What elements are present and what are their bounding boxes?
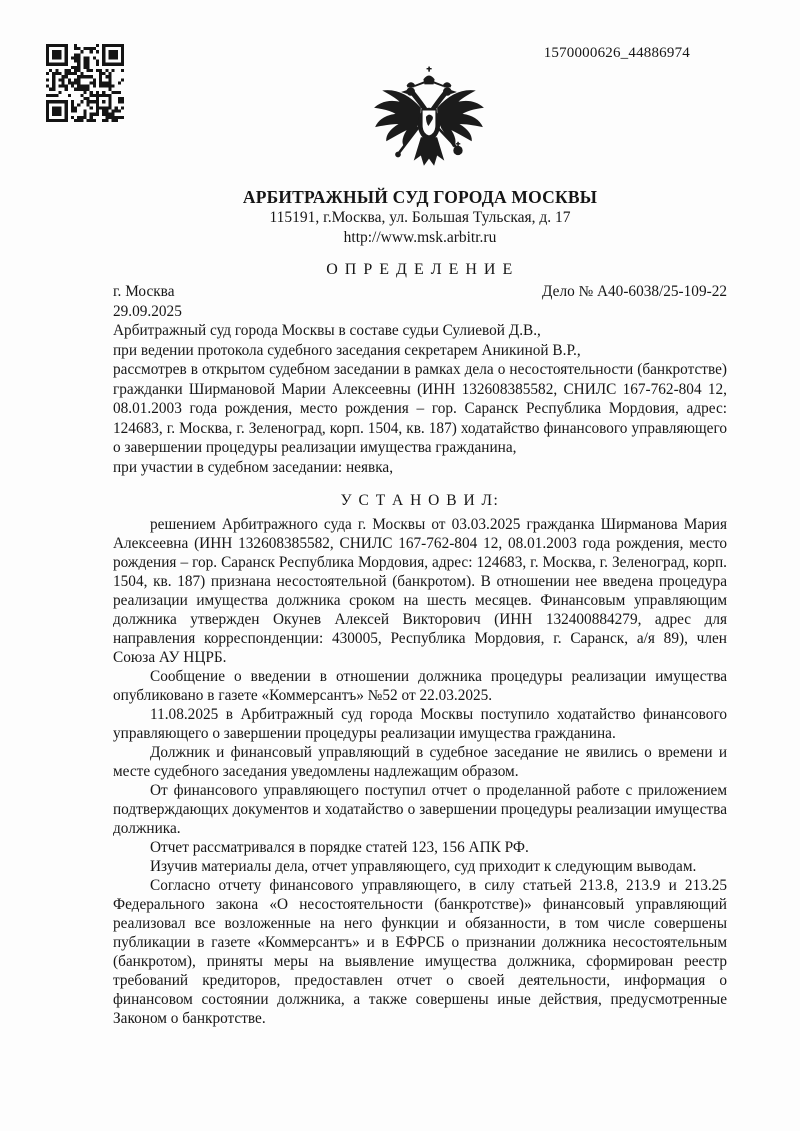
document-body: АРБИТРАЖНЫЙ СУД ГОРОДА МОСКВЫ 115191, г.…: [113, 186, 727, 1028]
court-name: АРБИТРАЖНЫЙ СУД ГОРОДА МОСКВЫ: [113, 186, 727, 208]
meta-row: г. Москва Дело № А40-6038/25-109-22: [113, 282, 727, 302]
body-paragraph: Изучив материалы дела, отчет управляющег…: [113, 857, 727, 876]
document-date: 29.09.2025: [113, 302, 727, 322]
body-paragraph: Сообщение о введении в отношении должник…: [113, 667, 727, 705]
body-paragraph: Должник и финансовый управляющий в судеб…: [113, 743, 727, 781]
court-determination-page: 1570000626_44886974: [0, 0, 800, 1131]
document-id: 1570000626_44886974: [544, 45, 690, 62]
secretary-line: при ведении протокола судебного заседани…: [113, 341, 727, 361]
attendance-line: при участии в судебном заседании: неявка…: [113, 458, 727, 478]
case-number: Дело № А40-6038/25-109-22: [542, 282, 727, 302]
judge-line: Арбитражный суд города Москвы в составе …: [113, 321, 727, 341]
body-paragraph: От финансового управляющего поступил отч…: [113, 781, 727, 838]
russia-coat-of-arms-icon: [368, 66, 490, 180]
qr-code-icon: [46, 44, 124, 122]
court-website: http://www.msk.arbitr.ru: [113, 228, 727, 248]
body-paragraph: 11.08.2025 в Арбитражный суд города Моск…: [113, 705, 727, 743]
body-paragraph: Согласно отчету финансового управляющего…: [113, 876, 727, 1028]
place-label: г. Москва: [113, 282, 174, 302]
case-description: рассмотрев в открытом судебном заседании…: [113, 360, 727, 458]
body-paragraph: решением Арбитражного суда г. Москвы от …: [113, 515, 727, 667]
body-paragraph: Отчет рассматривался в порядке статей 12…: [113, 838, 727, 857]
document-title: О П Р Е Д Е Л Е Н И Е: [113, 260, 727, 279]
established-heading: У С Т А Н О В И Л:: [113, 491, 727, 510]
court-address: 115191, г.Москва, ул. Большая Тульская, …: [113, 208, 727, 228]
